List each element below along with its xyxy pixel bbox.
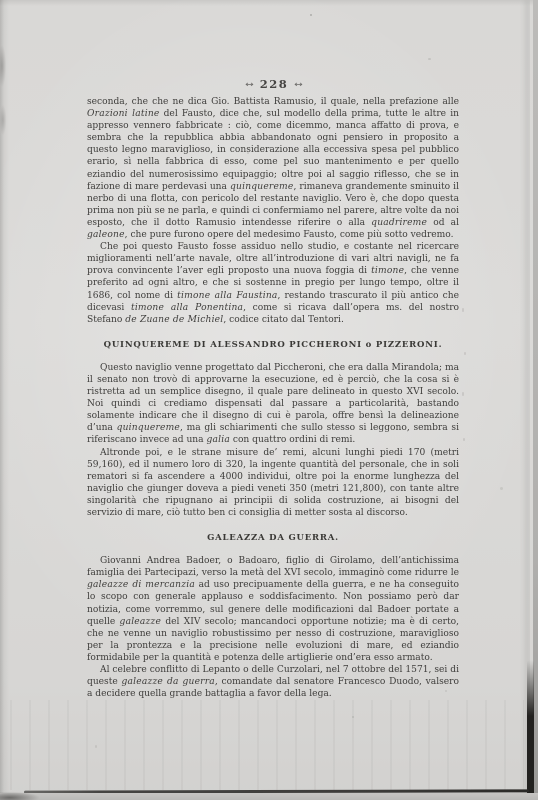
- scan-smudge-top-left: [0, 30, 10, 150]
- italic-text-run: Orazioni latine: [87, 109, 159, 119]
- scan-edge-bottom-outer: [0, 793, 538, 800]
- italic-text-run: galeazze: [120, 617, 162, 627]
- scan-speck: [428, 58, 431, 60]
- italic-text-run: timone: [371, 266, 404, 276]
- scan-speck: [247, 152, 249, 154]
- italic-text-run: quinquereme: [230, 182, 293, 192]
- scanned-page: ↔ 228 ↔ seconda, che che ne dica Gio. Ba…: [0, 0, 538, 800]
- italic-text-run: galeone: [87, 230, 125, 240]
- text-run: od al: [427, 218, 459, 228]
- scan-speck: [500, 487, 503, 490]
- italic-text-run: quadrireme: [371, 218, 427, 228]
- section-heading: QUINQUEREME DI ALESSANDRO PICCHERONI o P…: [87, 339, 459, 351]
- scan-bottom-streaks: [10, 700, 524, 790]
- scan-bleed-mark: [464, 352, 466, 355]
- text-run: seconda, che che ne dica Gio. Battista R…: [87, 97, 459, 107]
- scan-speck: [310, 14, 312, 16]
- scan-edge-right-bottom: [527, 660, 534, 800]
- scan-speck: [136, 149, 138, 151]
- text-run: con quattro ordini di remi.: [230, 435, 355, 445]
- scan-bleed-mark: [462, 308, 464, 312]
- page-header: ↔ 228 ↔: [88, 77, 460, 91]
- scan-bleed-mark: [463, 438, 465, 441]
- scan-corner-blotch: [0, 788, 48, 800]
- text-run: , che pure furono opere del medesimo Fau…: [125, 230, 454, 240]
- text-run: Giovanni Andrea Badoer, o Badoaro, figli…: [87, 556, 459, 578]
- text-run: , codice citato dal Tentori.: [223, 315, 343, 325]
- paragraph: Al celebre conflitto di Lepanto o delle …: [87, 664, 459, 700]
- paragraph: Questo naviglio venne progettato dal Pic…: [87, 362, 459, 447]
- italic-text-run: quinquereme: [117, 423, 180, 433]
- paragraph: Che poi questo Fausto fosse assiduo nell…: [87, 241, 459, 326]
- scan-bleed-mark: [462, 392, 464, 396]
- page-number: 228: [260, 77, 289, 91]
- paragraph: Altronde poi, e le strane misure de’ rem…: [87, 447, 459, 520]
- section-heading: GALEAZZA DA GUERRA.: [87, 532, 459, 544]
- scan-speck: [95, 745, 97, 748]
- italic-text-run: timone alla Faustina: [177, 291, 277, 301]
- scan-edge-top: [0, 0, 538, 6]
- paragraph: seconda, che che ne dica Gio. Battista R…: [87, 96, 459, 241]
- italic-text-run: galeazze di mercanzia: [87, 580, 195, 590]
- italic-text-run: de Zuane de Michiel: [125, 315, 223, 325]
- page-number-ornament-right: ↔: [294, 80, 303, 89]
- page-number-ornament-left: ↔: [245, 80, 254, 89]
- italic-text-run: galeazze da guerra: [122, 677, 215, 687]
- scan-speck: [445, 690, 447, 692]
- italic-text-run: galia: [206, 435, 229, 445]
- scan-speck: [352, 716, 354, 718]
- text-run: Altronde poi, e le strane misure de’ rem…: [87, 448, 459, 518]
- paragraph: Giovanni Andrea Badoer, o Badoaro, figli…: [87, 555, 459, 664]
- text-run: del Fausto, dice che, sul modello della …: [87, 109, 459, 192]
- italic-text-run: timone alla Ponentina: [131, 303, 243, 313]
- text-block: seconda, che che ne dica Gio. Battista R…: [87, 96, 459, 700]
